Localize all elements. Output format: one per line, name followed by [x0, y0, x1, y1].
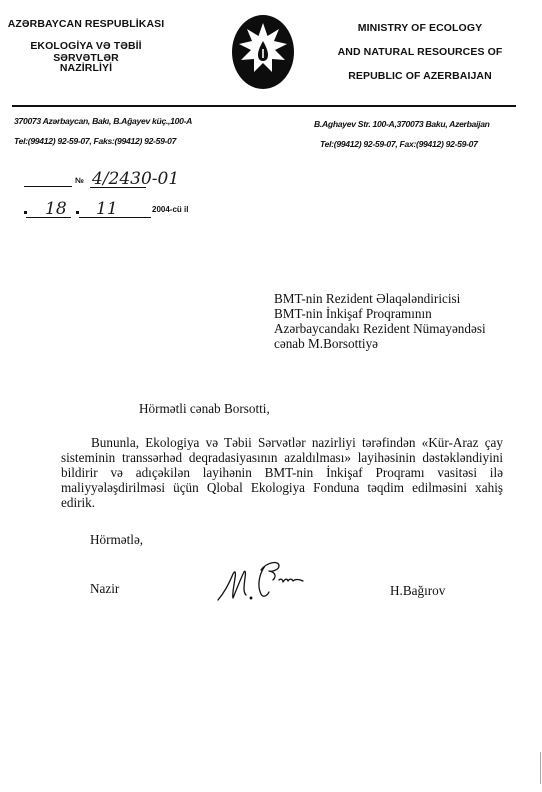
left-phone: Tel:(99412) 92-59-07, Faks:(99412) 92-59…	[14, 136, 176, 146]
salutation: Hörmətli cənab Borsotti,	[139, 401, 270, 416]
date-month-underline	[79, 217, 151, 218]
letterhead-left-line-1: AZƏRBAYCAN RESPUBLİKASI	[0, 18, 172, 40]
date-month: 11	[96, 199, 118, 219]
closing: Hörmətlə,	[90, 532, 143, 547]
letterhead-divider	[12, 105, 516, 107]
date-year-suffix: 4-cü il	[165, 205, 188, 214]
reference-blank-line	[24, 186, 72, 187]
date-dot-1	[24, 211, 27, 214]
signatory-name: H.Bağırov	[390, 583, 445, 598]
left-address: 370073 Azərbaycan, Bakı, B.Ağayev küç.,1…	[14, 116, 192, 126]
recipient-line-1: BMT-nin Rezident Əlaqələndiricisi	[274, 291, 486, 306]
letterhead-right: MINISTRY OF ECOLOGY AND NATURAL RESOURCE…	[330, 22, 510, 94]
date-day-underline	[26, 217, 71, 218]
handwritten-signature-icon	[215, 558, 325, 608]
recipient-line-4: cənab M.Borsottiyə	[274, 336, 486, 351]
azerbaijan-emblem-icon	[230, 13, 296, 91]
date-year-printed: 200	[152, 205, 165, 214]
body-paragraph: Bununla, Ekologiya və Təbii Sərvətlər na…	[61, 435, 503, 510]
signature-title: Nazir	[90, 581, 119, 596]
reference-number-label: №	[75, 176, 84, 185]
right-address: B.Aghayev Str. 100-A,370073 Baku, Azerba…	[314, 119, 490, 129]
reference-number: 4/2430-01	[92, 169, 179, 189]
letterhead-right-line-3: REPUBLIC OF AZERBAIJAN	[330, 70, 510, 94]
recipient-line-2: BMT-nin İnkişaf Proqramının	[274, 306, 486, 321]
scan-edge-mark	[540, 752, 541, 784]
recipient-block: BMT-nin Rezident Əlaqələndiricisi BMT-ni…	[274, 291, 486, 351]
letterhead-left-line-2: EKOLOGİYA VƏ TƏBİİ SƏRVƏTLƏR	[0, 40, 172, 62]
letterhead-left: AZƏRBAYCAN RESPUBLİKASI EKOLOGİYA VƏ TƏB…	[0, 18, 172, 84]
right-phone: Tel:(99412) 92-59-07, Fax:(99412) 92-59-…	[320, 139, 478, 149]
reference-number-underline	[90, 187, 146, 188]
date-day: 18	[45, 199, 67, 219]
date-dot-2	[76, 211, 79, 214]
recipient-line-3: Azərbaycandakı Rezident Nümayəndəsi	[274, 321, 486, 336]
letterhead-left-line-3: NAZİRLİYİ	[0, 62, 172, 84]
date-year: 2004-cü il	[152, 205, 188, 214]
letterhead-right-line-2: AND NATURAL RESOURCES OF	[330, 46, 510, 70]
letterhead-right-line-1: MINISTRY OF ECOLOGY	[330, 22, 510, 46]
